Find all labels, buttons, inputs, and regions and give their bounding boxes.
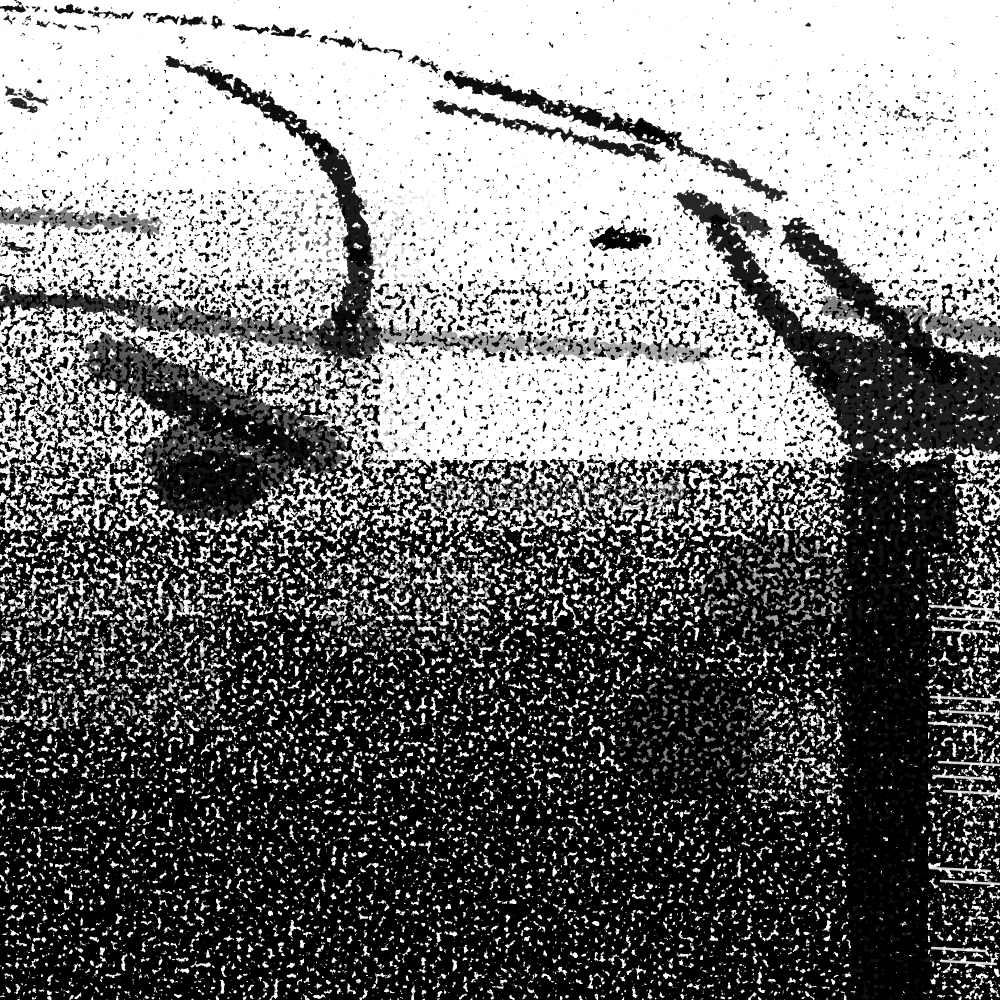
noise-patch-top-right [812,92,958,140]
noise-band-sky [0,0,1000,70]
watermark-registered-icon: ® [659,475,687,508]
noise-band-mid-clearing [380,360,790,460]
white-speckle-cluster-2 [0,580,220,730]
tire-skid-marks-photo: stockphotos ® [0,0,1000,1000]
mottle-streak-left-2 [0,296,128,303]
dark-patch-right-mid [700,532,844,648]
white-speckle-cluster-1 [750,698,838,803]
white-speckle-cluster-3 [320,555,490,650]
watermark-text: stockphotos [429,469,667,517]
dark-cluster-left-core [152,448,260,516]
left-track-lower-arc [344,252,356,316]
watermark: stockphotos ® [429,469,687,517]
dark-blob-bottom-center [614,670,766,794]
